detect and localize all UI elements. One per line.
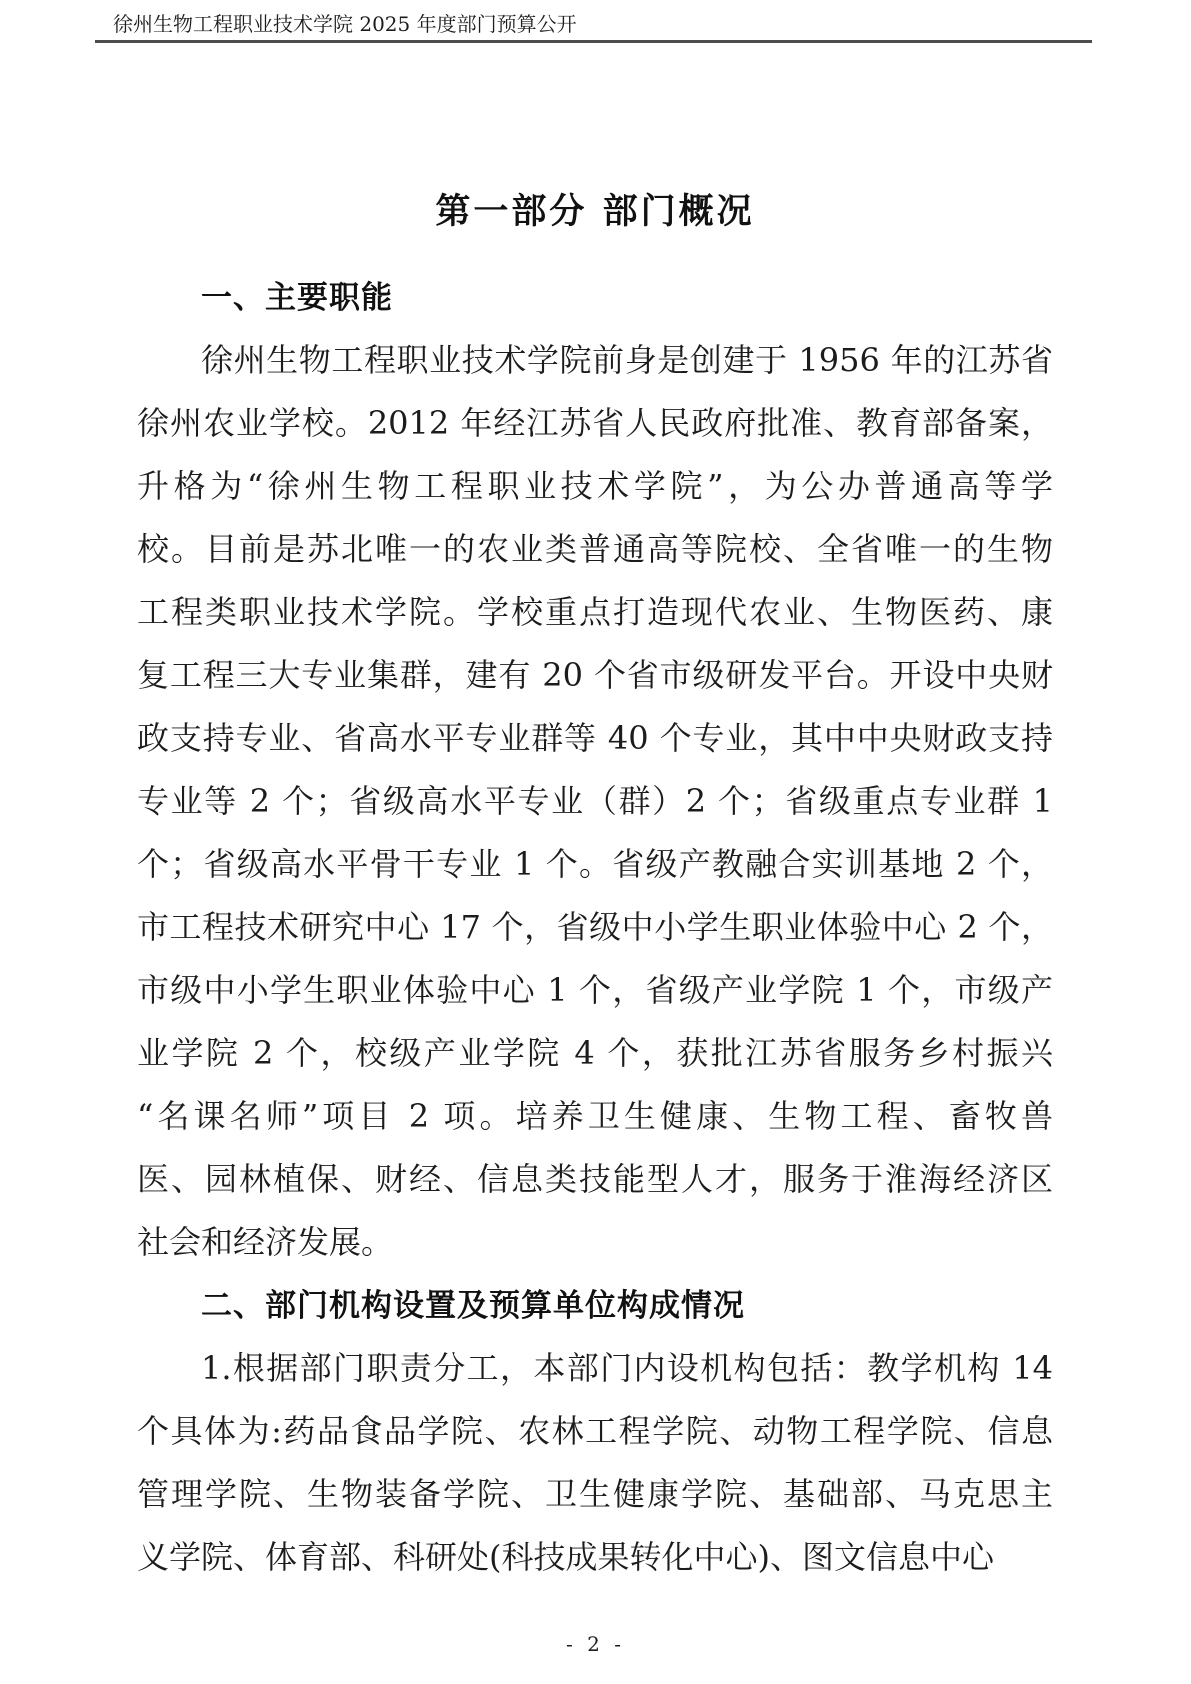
paragraph-line: 义学院、体育部、科研处(科技成果转化中心)、图文信息中心 bbox=[137, 1526, 1053, 1589]
header-rule bbox=[95, 40, 1092, 43]
paragraph-line: 复工程三大专业集群，建有 20 个省市级研发平台。开设中央财 bbox=[137, 644, 1053, 707]
paragraph-line: 医、园林植保、财经、信息类技能型人才，服务于淮海经济区 bbox=[137, 1148, 1053, 1211]
paragraph-line: 市级中小学生职业体验中心 1 个，省级产业学院 1 个，市级产 bbox=[137, 959, 1053, 1022]
paragraph-line: 1.根据部门职责分工，本部门内设机构包括：教学机构 14 bbox=[137, 1337, 1053, 1400]
paragraph-line: 徐州农业学校。2012 年经江苏省人民政府批准、教育部备案， bbox=[137, 392, 1053, 455]
page-number: - 2 - bbox=[566, 1632, 625, 1656]
section-heading: 一、主要职能 bbox=[137, 266, 1053, 329]
paragraph-line: 个；省级高水平骨干专业 1 个。省级产教融合实训基地 2 个， bbox=[137, 833, 1053, 896]
paragraph-line: 工程类职业技术学院。学校重点打造现代农业、生物医药、康 bbox=[137, 581, 1053, 644]
paragraph-line: 社会和经济发展。 bbox=[137, 1211, 1053, 1274]
paragraph-line: 业学院 2 个，校级产业学院 4 个，获批江苏省服务乡村振兴 bbox=[137, 1022, 1053, 1085]
paragraph-line: 徐州生物工程职业技术学院前身是创建于 1956 年的江苏省 bbox=[137, 329, 1053, 392]
paragraph-line: 个具体为:药品食品学院、农林工程学院、动物工程学院、信息 bbox=[137, 1400, 1053, 1463]
paragraph-line: 升格为“徐州生物工程职业技术学院”，为公办普通高等学 bbox=[137, 455, 1053, 518]
section-heading: 二、部门机构设置及预算单位构成情况 bbox=[137, 1274, 1053, 1337]
sections-container: 一、主要职能徐州生物工程职业技术学院前身是创建于 1956 年的江苏省徐州农业学… bbox=[137, 266, 1053, 1589]
header-title: 徐州生物工程职业技术学院 2025 年度部门预算公开 bbox=[113, 11, 577, 37]
paragraph: 1.根据部门职责分工，本部门内设机构包括：教学机构 14个具体为:药品食品学院、… bbox=[137, 1337, 1053, 1589]
document-body: 第一部分 部门概况 一、主要职能徐州生物工程职业技术学院前身是创建于 1956 … bbox=[137, 186, 1053, 1589]
paragraph-line: 管理学院、生物装备学院、卫生健康学院、基础部、马克思主 bbox=[137, 1463, 1053, 1526]
paragraph-line: 校。目前是苏北唯一的农业类普通高等院校、全省唯一的生物 bbox=[137, 518, 1053, 581]
paragraph: 徐州生物工程职业技术学院前身是创建于 1956 年的江苏省徐州农业学校。2012… bbox=[137, 329, 1053, 1274]
paragraph-line: 市工程技术研究中心 17 个，省级中小学生职业体验中心 2 个， bbox=[137, 896, 1053, 959]
paragraph-line: “名课名师”项目 2 项。培养卫生健康、生物工程、畜牧兽 bbox=[137, 1085, 1053, 1148]
page-footer: - 2 - bbox=[0, 1632, 1191, 1656]
paragraph-line: 专业等 2 个；省级高水平专业（群）2 个；省级重点专业群 1 bbox=[137, 770, 1053, 833]
document-page: 徐州生物工程职业技术学院 2025 年度部门预算公开 第一部分 部门概况 一、主… bbox=[0, 0, 1191, 1684]
document-title: 第一部分 部门概况 bbox=[137, 186, 1053, 238]
paragraph-line: 政支持专业、省高水平专业群等 40 个专业，其中中央财政支持 bbox=[137, 707, 1053, 770]
